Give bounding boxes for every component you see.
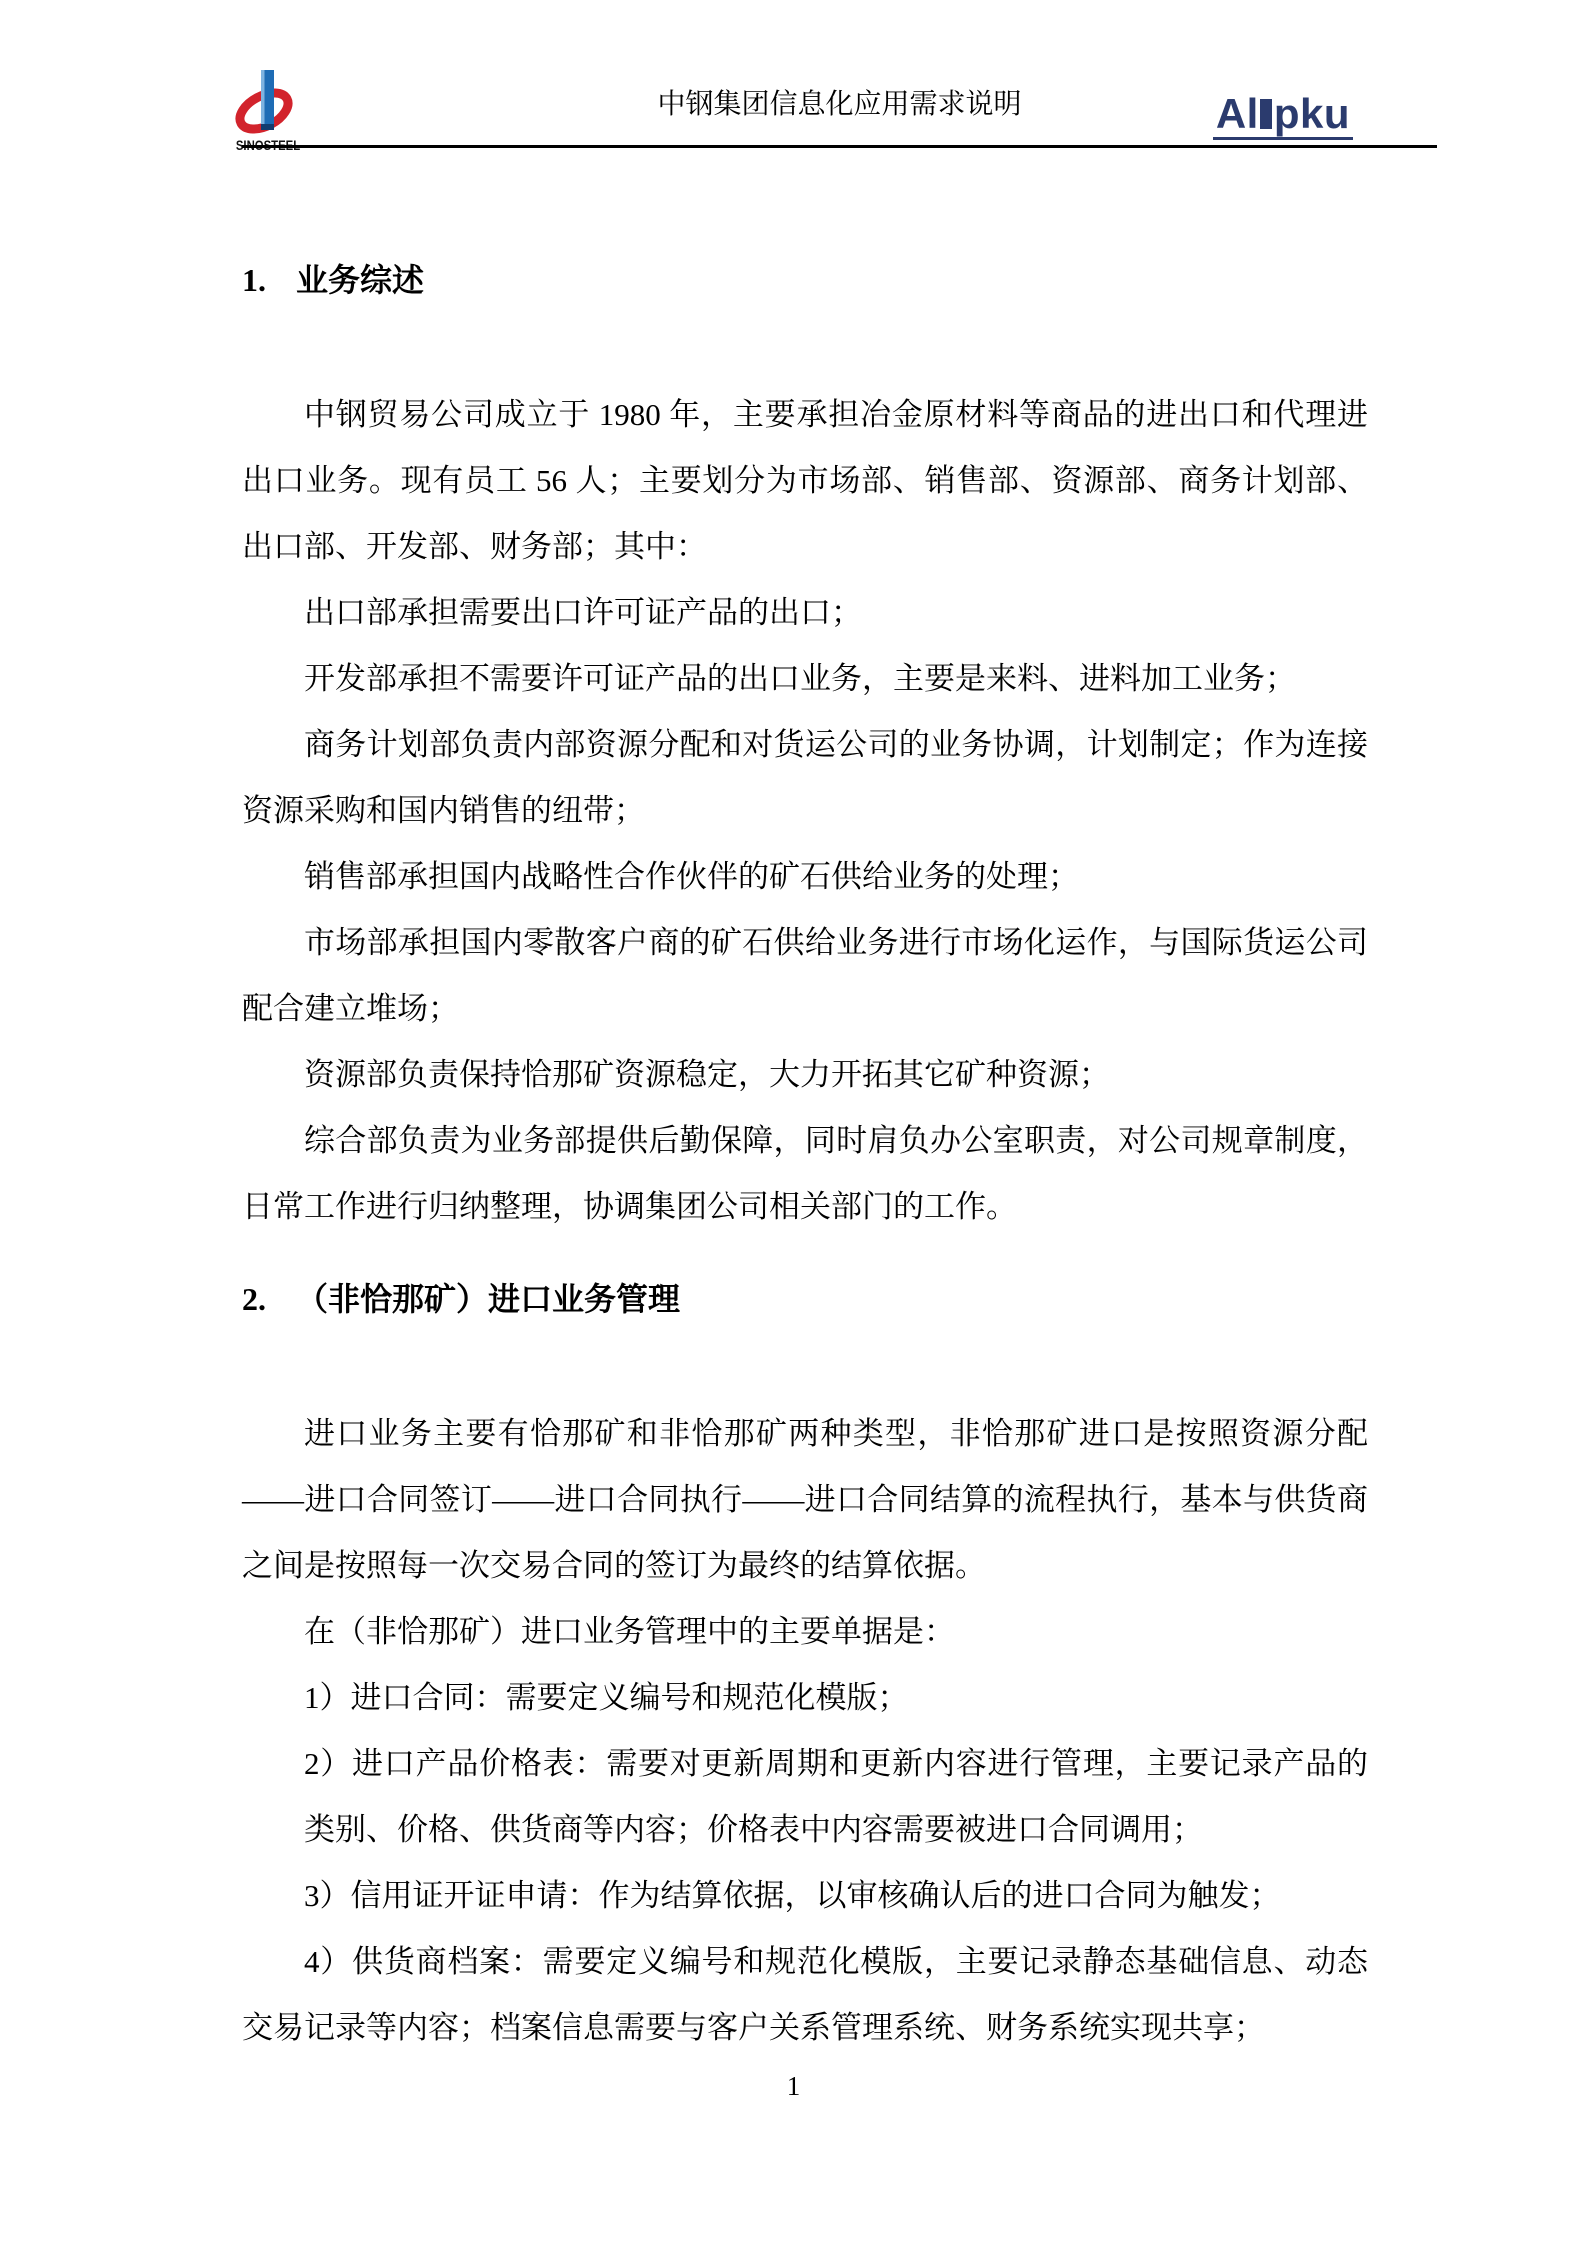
paragraph: 综合部负责为业务部提供后勤保障，同时肩负办公室职责，对公司规章制度，日常工作进行…	[242, 1108, 1368, 1240]
section: 1.业务综述中钢贸易公司成立于 1980 年，主要承担冶金原材料等商品的进出口和…	[242, 258, 1368, 1240]
paragraph: 4）供货商档案：需要定义编号和规范化模版，主要记录静态基础信息、动态交易记录等内…	[242, 1929, 1368, 2061]
page-number: 1	[0, 2068, 1587, 2104]
paragraph: 开发部承担不需要许可证产品的出口业务，主要是来料、进料加工业务；	[242, 646, 1368, 712]
document-page: SINOSTEEL 中钢集团信息化应用需求说明 Alpku 1.业务综述中钢贸易…	[0, 0, 1587, 2245]
paragraph: 进口业务主要有恰那矿和非恰那矿两种类型，非恰那矿进口是按照资源分配——进口合同签…	[242, 1401, 1368, 1599]
section-heading: 2.（非恰那矿）进口业务管理	[242, 1277, 1368, 1321]
paragraph: 商务计划部负责内部资源分配和对货运公司的业务协调，计划制定；作为连接资源采购和国…	[242, 712, 1368, 844]
paragraph: 资源部负责保持恰那矿资源稳定，大力开拓其它矿种资源；	[242, 1042, 1368, 1108]
paragraph: 中钢贸易公司成立于 1980 年，主要承担冶金原材料等商品的进出口和代理进出口业…	[242, 382, 1368, 580]
section-title: 业务综述	[296, 258, 1368, 302]
paragraph: 销售部承担国内战略性合作伙伴的矿石供给业务的处理；	[242, 844, 1368, 910]
paragraph: 3）信用证开证申请：作为结算依据，以审核确认后的进口合同为触发；	[242, 1863, 1368, 1929]
document-body: 1.业务综述中钢贸易公司成立于 1980 年，主要承担冶金原材料等商品的进出口和…	[242, 0, 1368, 2061]
section-number: 1.	[242, 258, 296, 302]
paragraph: 出口部承担需要出口许可证产品的出口；	[242, 580, 1368, 646]
section: 2.（非恰那矿）进口业务管理进口业务主要有恰那矿和非恰那矿两种类型，非恰那矿进口…	[242, 1277, 1368, 2061]
section-title: （非恰那矿）进口业务管理	[296, 1277, 1368, 1321]
section-paragraphs: 中钢贸易公司成立于 1980 年，主要承担冶金原材料等商品的进出口和代理进出口业…	[242, 382, 1368, 1240]
section-number: 2.	[242, 1277, 296, 1321]
paragraph: 在（非恰那矿）进口业务管理中的主要单据是：	[242, 1599, 1368, 1665]
paragraph: 2）进口产品价格表：需要对更新周期和更新内容进行管理，主要记录产品的类别、价格、…	[242, 1731, 1368, 1863]
section-paragraphs: 进口业务主要有恰那矿和非恰那矿两种类型，非恰那矿进口是按照资源分配——进口合同签…	[242, 1401, 1368, 2061]
section-heading: 1.业务综述	[242, 258, 1368, 302]
paragraph: 市场部承担国内零散客户商的矿石供给业务进行市场化运作，与国际货运公司配合建立堆场…	[242, 910, 1368, 1042]
paragraph: 1）进口合同：需要定义编号和规范化模版；	[242, 1665, 1368, 1731]
